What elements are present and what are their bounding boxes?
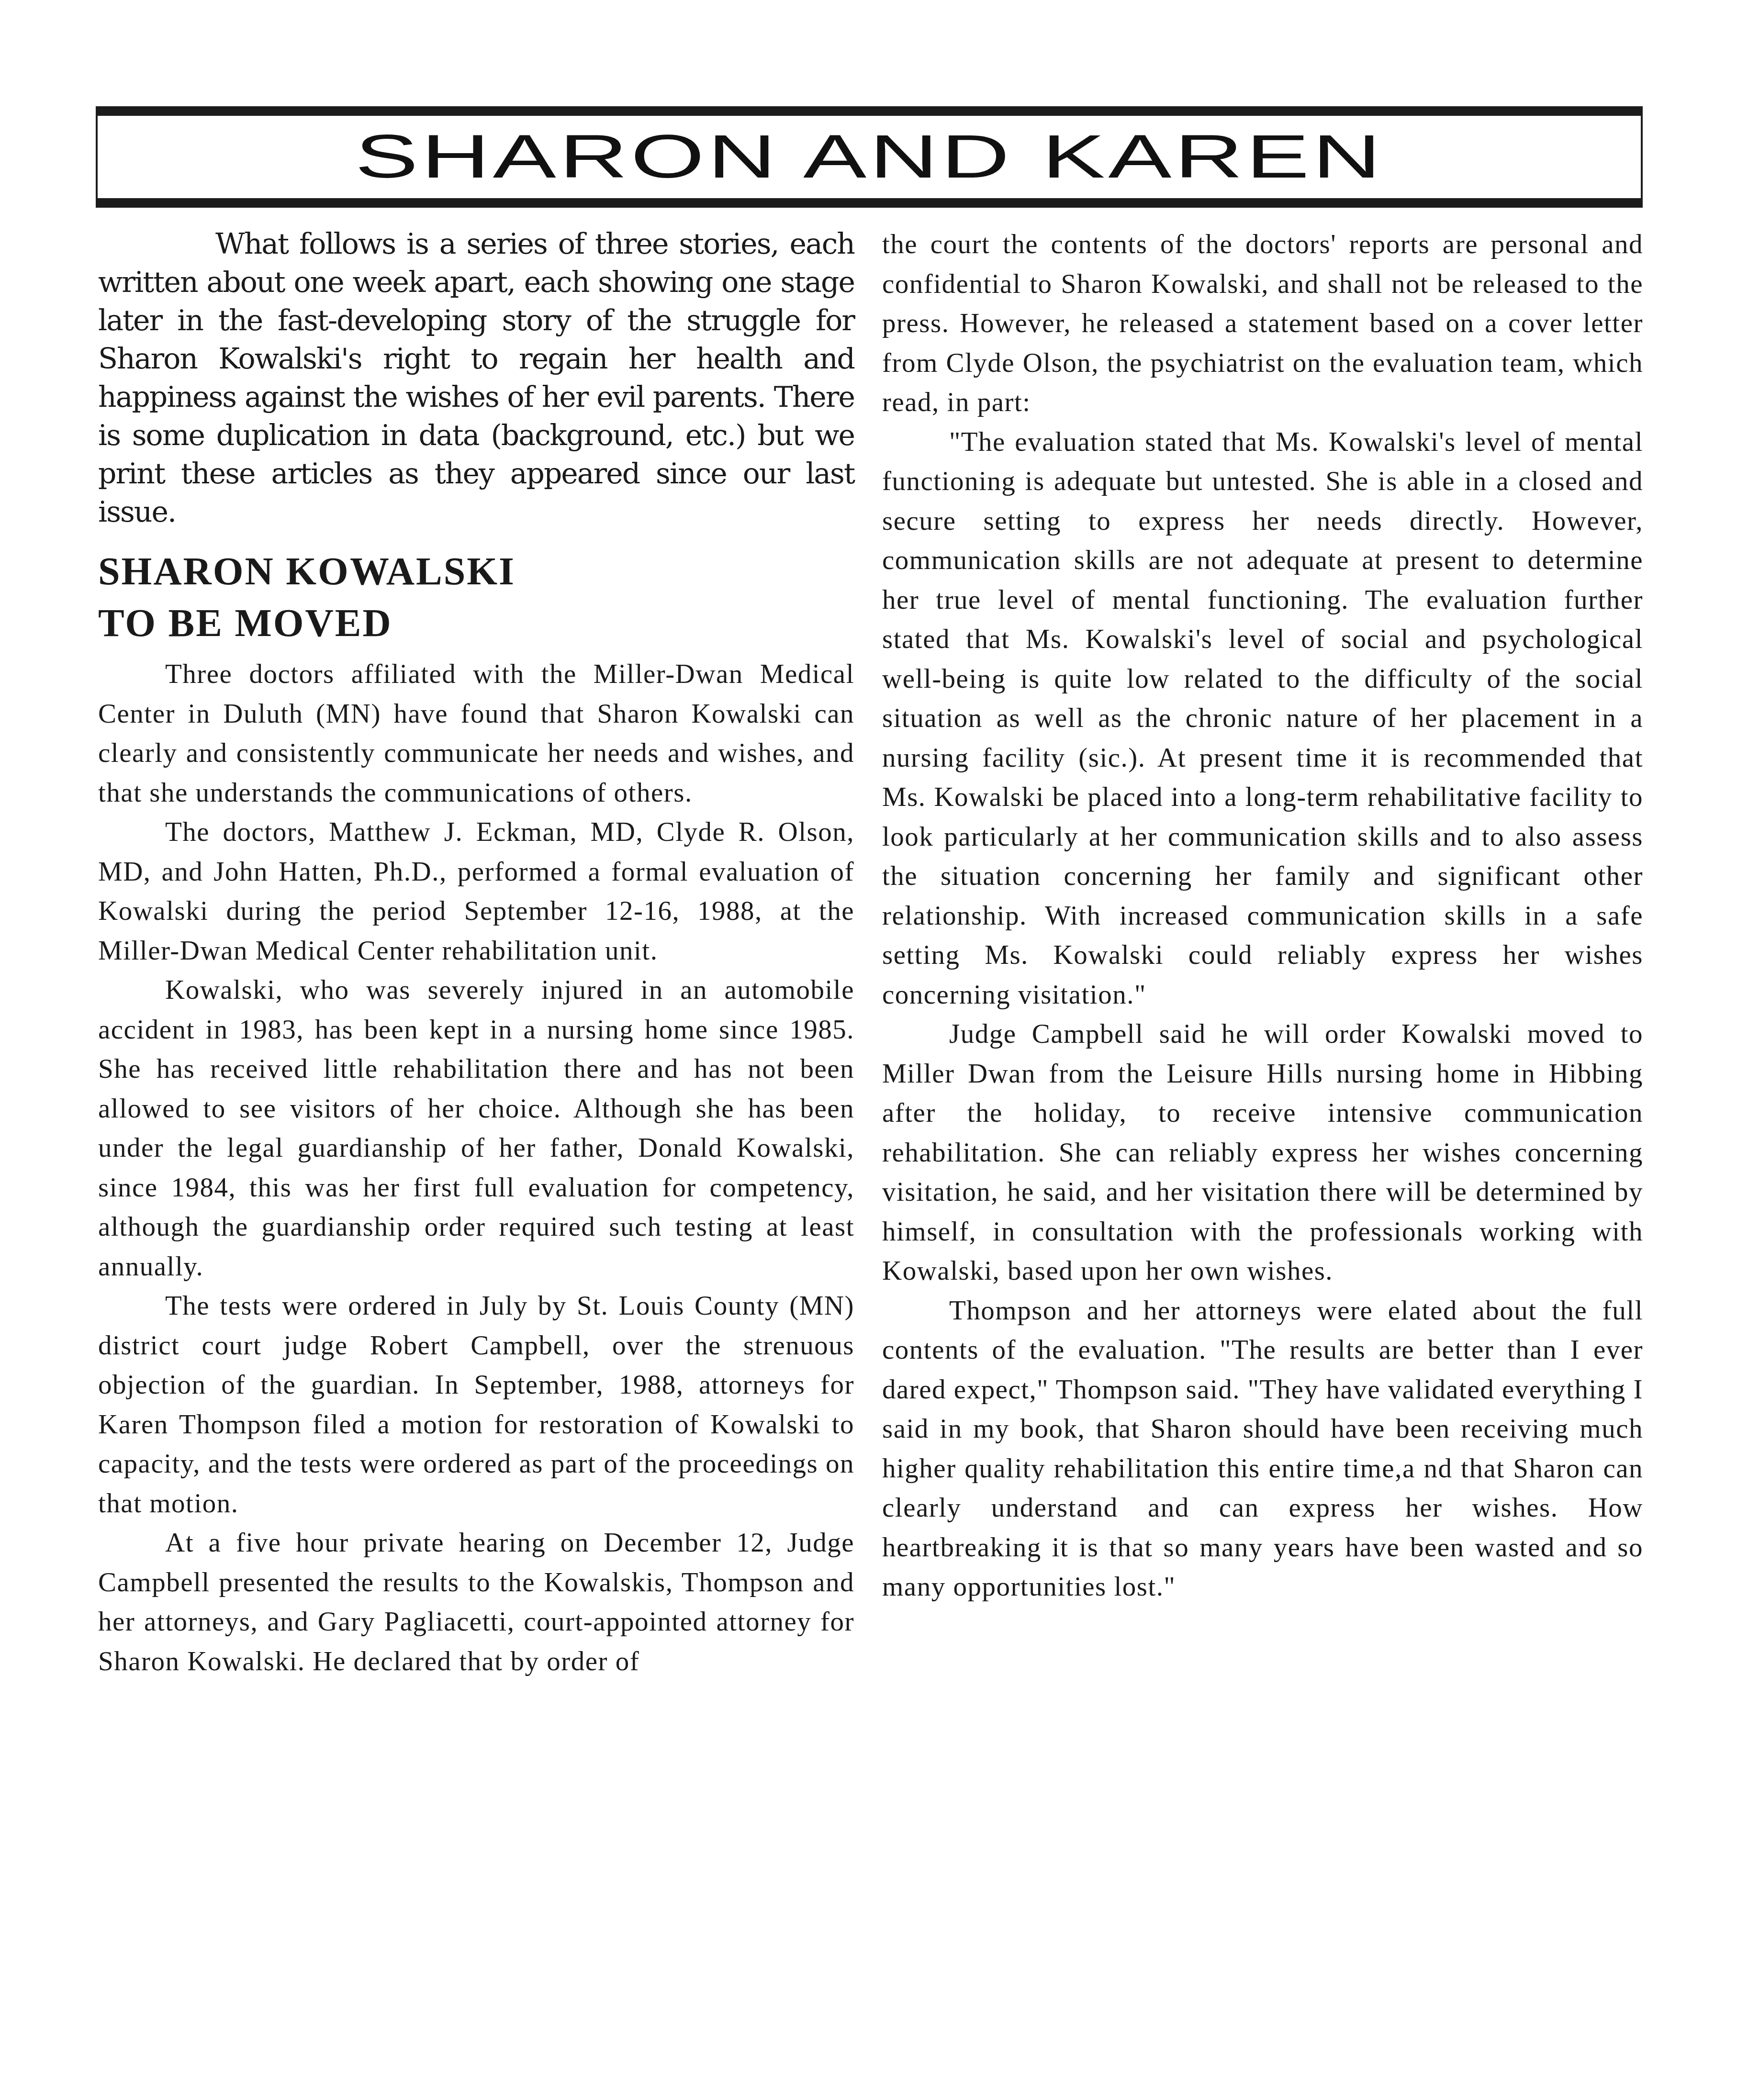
section-banner: SHARON AND KAREN [96, 106, 1643, 208]
headline-line-1: SHARON KOWALSKI [98, 549, 515, 593]
article-paragraph: Thompson and her attorneys were elated a… [882, 1291, 1643, 1607]
article-body-left: Three doctors affiliated with the Miller… [98, 655, 854, 1681]
right-column: the court the contents of the doctors' r… [882, 225, 1643, 1607]
intro-paragraph: What follows is a series of three storie… [98, 225, 854, 531]
article-paragraph: The doctors, Matthew J. Eckman, MD, Clyd… [98, 813, 854, 971]
article-paragraph: Kowalski, who was severely injured in an… [98, 971, 854, 1286]
article-headline: SHARON KOWALSKI TO BE MOVED [98, 546, 854, 649]
left-column: What follows is a series of three storie… [98, 225, 854, 1681]
article-paragraph-quote: "The evaluation stated that Ms. Kowalski… [882, 423, 1643, 1015]
article-paragraph-continued: the court the contents of the doctors' r… [882, 225, 1643, 423]
article-paragraph: Three doctors affiliated with the Miller… [98, 655, 854, 813]
headline-line-2: TO BE MOVED [98, 601, 392, 645]
article-paragraph: At a five hour private hearing on Decemb… [98, 1523, 854, 1681]
article-paragraph: The tests were ordered in July by St. Lo… [98, 1286, 854, 1523]
section-title: SHARON AND KAREN [355, 126, 1384, 188]
article-paragraph: Judge Campbell said he will order Kowals… [882, 1015, 1643, 1291]
